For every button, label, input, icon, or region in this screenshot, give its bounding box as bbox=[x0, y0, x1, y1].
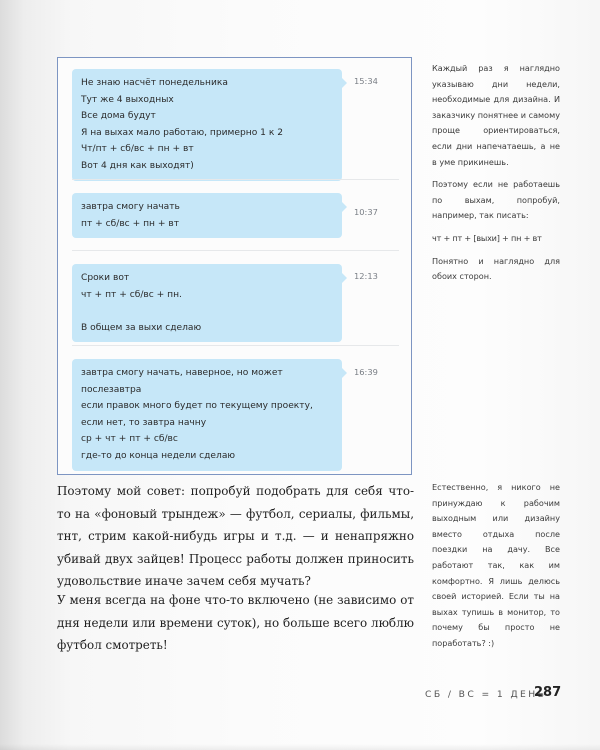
message-line: Вот 4 дня как выходят) bbox=[81, 158, 333, 175]
message-line: пт + сб/вс + пн + вт bbox=[81, 216, 333, 233]
body-paragraph-2: У меня всегда на фоне что-то включено (н… bbox=[57, 589, 414, 657]
sidenote-bottom: Естественно, я никого не принуждаю к раб… bbox=[432, 480, 560, 659]
message-line: послезавтра bbox=[81, 382, 333, 399]
message-timestamp: 16:39 bbox=[354, 367, 378, 377]
chat-screenshot: Не знаю насчёт понедельника Тут же 4 вых… bbox=[57, 57, 412, 475]
message-blank-line bbox=[81, 303, 333, 320]
message-line: завтра смогу начать bbox=[81, 199, 333, 216]
body-paragraph: У меня всегда на фоне что-то включено (н… bbox=[57, 589, 414, 657]
message-timestamp: 10:37 bbox=[354, 207, 378, 217]
page-number: 287 bbox=[534, 685, 561, 700]
message-line: если нет, то завтра начну bbox=[81, 415, 333, 432]
message-line: завтра смогу начать, наверное, но может bbox=[81, 365, 333, 382]
sidenote-paragraph: Естественно, я никого не принуждаю к раб… bbox=[432, 480, 560, 652]
chat-message: завтра смогу начать пт + сб/вс + пн + вт bbox=[72, 193, 342, 238]
sidenote-paragraph: Каждый раз я наглядно указываю дни недел… bbox=[432, 61, 560, 170]
message-timestamp: 12:13 bbox=[354, 271, 378, 281]
message-line: Все дома будут bbox=[81, 108, 333, 125]
body-paragraph-1: Поэтому мой совет: попробуй подобрать дл… bbox=[57, 480, 414, 593]
message-line: где-то до конца недели сделаю bbox=[81, 448, 333, 465]
message-line: Тут же 4 выходных bbox=[81, 92, 333, 109]
running-head: СБ / ВС = 1 ДЕНЬ bbox=[425, 689, 546, 700]
message-line: ср + чт + пт + сб/вс bbox=[81, 431, 333, 448]
message-divider bbox=[72, 345, 399, 346]
message-line: если правок много будет по текущему прое… bbox=[81, 398, 333, 415]
message-line: Чт/пт + сб/вс + пн + вт bbox=[81, 141, 333, 158]
sidenote-paragraph: Понятно и наглядно для обоих сторон. bbox=[432, 254, 560, 285]
message-line: чт + пт + сб/вс + пн. bbox=[81, 287, 333, 304]
message-line: В общем за выхи сделаю bbox=[81, 320, 333, 337]
message-divider bbox=[72, 179, 399, 180]
chat-message: Сроки вот чт + пт + сб/вс + пн. В общем … bbox=[72, 264, 342, 342]
chat-message: завтра смогу начать, наверное, но может … bbox=[72, 359, 342, 471]
message-divider bbox=[72, 250, 399, 251]
message-timestamp: 15:34 bbox=[354, 76, 378, 86]
sidenote-paragraph: Поэтому если не работаешь по выхам, попр… bbox=[432, 177, 560, 224]
message-line: Я на выхах мало работаю, примерно 1 к 2 bbox=[81, 125, 333, 142]
sidenote-formula: чт + пт + [выхи] + пн + вт bbox=[432, 231, 560, 247]
sidenote-top: Каждый раз я наглядно указываю дни недел… bbox=[432, 61, 560, 292]
message-line: Не знаю насчёт понедельника bbox=[81, 75, 333, 92]
chat-message: Не знаю насчёт понедельника Тут же 4 вых… bbox=[72, 69, 342, 181]
page-edge-shadow bbox=[0, 744, 600, 750]
message-line: Сроки вот bbox=[81, 270, 333, 287]
body-paragraph: Поэтому мой совет: попробуй подобрать дл… bbox=[57, 480, 414, 593]
